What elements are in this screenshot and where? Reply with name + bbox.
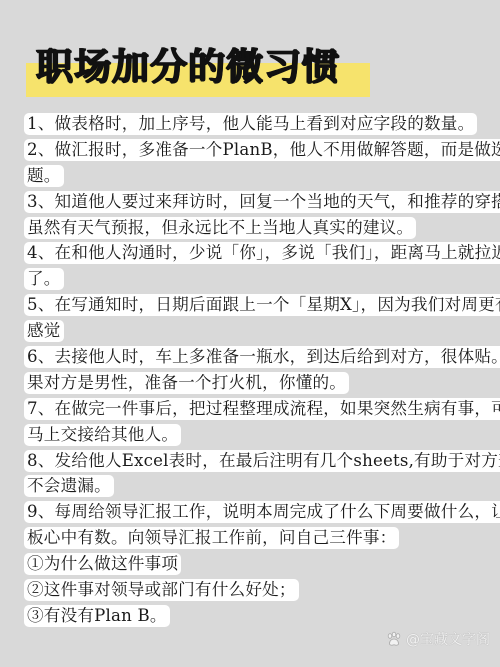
sub-item-2: ②这件事对领导或部门有什么好处； bbox=[24, 579, 490, 605]
tips-list: 1、做表格时，加上序号，他人能马上看到对应字段的数量。 2、做汇报时，多准备一个… bbox=[24, 113, 490, 631]
list-item-3: 3、知道他人要过来拜访时，回复一个当地的天气，和推荐的穿搭。 bbox=[24, 191, 490, 217]
text-line: 9、每周给领导汇报工作，说明本周完成了什么下周要做什么，让老 bbox=[24, 501, 500, 523]
text-line: ③有没有Plan B。 bbox=[24, 605, 170, 627]
list-item-7: 7、在做完一件事后，把过程整理成流程，如果突然生病有事，可以 bbox=[24, 398, 490, 424]
watermark: @宝藏文字阁 bbox=[386, 629, 490, 649]
sub-item-1: ①为什么做这件事项 bbox=[24, 553, 490, 579]
text-line: 6、去接他人时，车上多准备一瓶水，到达后给到对方，很体贴。如 bbox=[24, 346, 500, 368]
text-line: 8、发给他人Excel表时，在最后注明有几个sheets,有助于对方查阅， bbox=[24, 450, 500, 472]
list-item-1: 1、做表格时，加上序号，他人能马上看到对应字段的数量。 bbox=[24, 113, 490, 139]
list-item-2-cont: 题。 bbox=[24, 165, 490, 191]
text-line: ②这件事对领导或部门有什么好处； bbox=[24, 579, 299, 601]
text-line: 4、在和他人沟通时，少说「你」，多说「我们」，距离马上就拉近 bbox=[24, 242, 500, 264]
list-item-5: 5、在写通知时，日期后面跟上一个「星期X」，因为我们对周更有 bbox=[24, 294, 490, 320]
list-item-8: 8、发给他人Excel表时，在最后注明有几个sheets,有助于对方查阅， bbox=[24, 450, 490, 476]
sub-item-3: ③有没有Plan B。 bbox=[24, 605, 490, 631]
list-item-4-cont: 了。 bbox=[24, 268, 490, 294]
text-line: 不会遗漏。 bbox=[24, 475, 114, 497]
text-line: 虽然有天气预报，但永远比不上当地人真实的建议。 bbox=[24, 217, 416, 239]
list-item-8-cont: 不会遗漏。 bbox=[24, 475, 490, 501]
text-line: ①为什么做这件事项 bbox=[24, 553, 181, 575]
text-line: 1、做表格时，加上序号，他人能马上看到对应字段的数量。 bbox=[24, 113, 477, 135]
text-line: 3、知道他人要过来拜访时，回复一个当地的天气，和推荐的穿搭。 bbox=[24, 191, 500, 213]
title-block: 职场加分的微习惯 bbox=[26, 40, 370, 98]
list-item-9: 9、每周给领导汇报工作，说明本周完成了什么下周要做什么，让老 bbox=[24, 501, 490, 527]
list-item-9-cont: 板心中有数。向领导汇报工作前，问自己三件事： bbox=[24, 527, 490, 553]
text-line: 2、做汇报时，多准备一个PlanB，他人不用做解答题，而是做选择 bbox=[24, 139, 500, 161]
page-title: 职场加分的微习惯 bbox=[36, 45, 340, 89]
list-item-6-cont: 果对方是男性，准备一个打火机，你懂的。 bbox=[24, 372, 490, 398]
text-line: 5、在写通知时，日期后面跟上一个「星期X」，因为我们对周更有 bbox=[24, 294, 500, 316]
text-line: 板心中有数。向领导汇报工作前，问自己三件事： bbox=[24, 527, 399, 549]
list-item-6: 6、去接他人时，车上多准备一瓶水，到达后给到对方，很体贴。如 bbox=[24, 346, 490, 372]
text-line: 感觉 bbox=[24, 320, 64, 342]
list-item-4: 4、在和他人沟通时，少说「你」，多说「我们」，距离马上就拉近 bbox=[24, 242, 490, 268]
list-item-2: 2、做汇报时，多准备一个PlanB，他人不用做解答题，而是做选择 bbox=[24, 139, 490, 165]
text-line: 了。 bbox=[24, 268, 64, 290]
list-item-7-cont: 马上交接给其他人。 bbox=[24, 424, 490, 450]
text-line: 马上交接给其他人。 bbox=[24, 424, 181, 446]
watermark-text: @宝藏文字阁 bbox=[406, 629, 490, 649]
text-line: 7、在做完一件事后，把过程整理成流程，如果突然生病有事，可以 bbox=[24, 398, 500, 420]
list-item-5-cont: 感觉 bbox=[24, 320, 490, 346]
text-line: 题。 bbox=[24, 165, 64, 187]
paw-icon bbox=[386, 631, 402, 647]
list-item-3-cont: 虽然有天气预报，但永远比不上当地人真实的建议。 bbox=[24, 217, 490, 243]
text-line: 果对方是男性，准备一个打火机，你懂的。 bbox=[24, 372, 349, 394]
